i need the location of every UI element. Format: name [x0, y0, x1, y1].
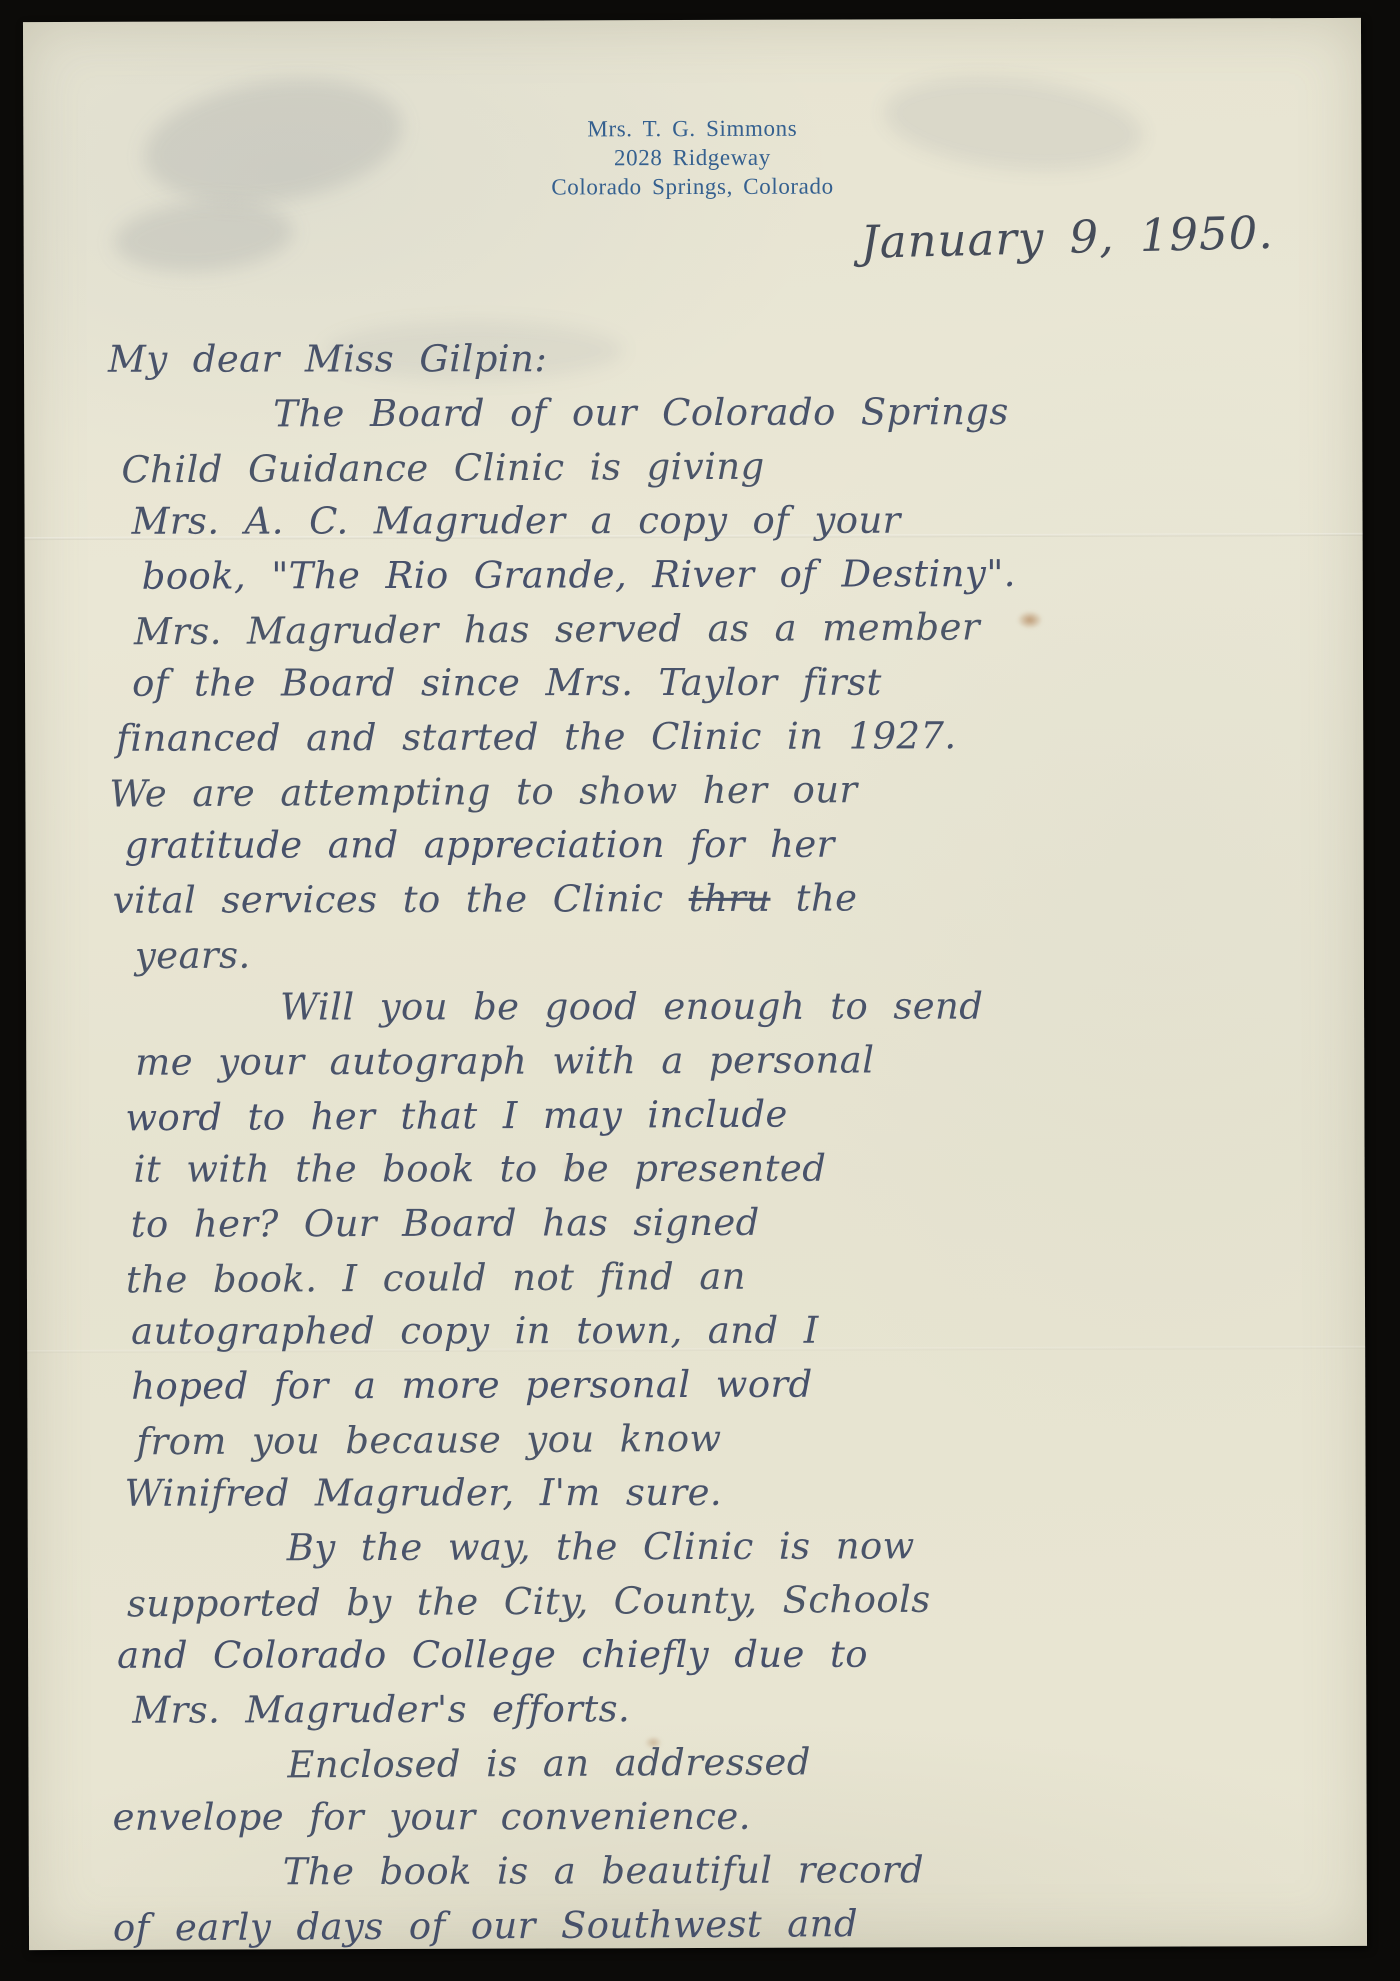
letter-line: gratitude and appreciation for her — [110, 817, 1334, 873]
letter-line: autographed copy in town, and I — [111, 1303, 1335, 1359]
bleed-through-ghost — [111, 195, 296, 278]
letterhead-city: Colorado Springs, Colorado — [23, 170, 1361, 203]
letter-line: of the Board since Mrs. Taylor first — [109, 655, 1333, 711]
letter-line: vital services to the Clinic thru the — [110, 870, 1334, 928]
letter-line: from you because you know — [111, 1408, 1335, 1469]
letterhead: Mrs. T. G. Simmons 2028 Ridgeway Colorad… — [23, 112, 1361, 203]
letter-line: The book is a beautiful record — [113, 1842, 1337, 1900]
scanned-letter-background: Mrs. T. G. Simmons 2028 Ridgeway Colorad… — [0, 0, 1400, 1981]
letter-line: Child Guidance Clinic is giving — [108, 436, 1332, 497]
letter-paper: Mrs. T. G. Simmons 2028 Ridgeway Colorad… — [23, 18, 1367, 1950]
letter-line: Mrs. Magruder's efforts. — [112, 1680, 1336, 1738]
letter-line: Enclosed is an addressed — [112, 1732, 1336, 1793]
letter-line: hoped for a more personal word — [111, 1356, 1335, 1414]
date-line: January 9, 1950. — [860, 206, 1274, 269]
struck-word: thru — [689, 877, 771, 920]
letter-line: Mrs. A. C. Magruder a copy of your — [109, 493, 1333, 549]
letter-line: and Colorado College chiefly due to — [112, 1627, 1336, 1683]
letter-line: to her? Our Board has signed — [111, 1194, 1335, 1252]
letter-line: word to her that I may include — [110, 1084, 1334, 1145]
letter-line: My dear Miss Gilpin: — [108, 331, 1332, 387]
letter-line: Mrs. Magruder has served as a member — [109, 598, 1333, 659]
letter-line: me your autograph with a personal — [110, 1032, 1334, 1090]
letter-line: We are attempting to show her our — [109, 760, 1333, 821]
letter-line: book, "The Rio Grande, River of Destiny"… — [109, 546, 1333, 604]
letter-line: it with the book to be presented — [111, 1141, 1335, 1197]
letter-line: By the way, the Clinic is now — [112, 1518, 1336, 1576]
letterhead-address: 2028 Ridgeway — [23, 141, 1361, 174]
letter-line: envelope for your convenience. — [113, 1789, 1337, 1845]
line-text: the — [770, 876, 857, 919]
letterhead-name: Mrs. T. G. Simmons — [23, 112, 1361, 145]
letter-line: the book. I could not find an — [111, 1246, 1335, 1307]
letter-line: years. — [110, 922, 1334, 983]
line-text: vital services to the Clinic — [113, 877, 689, 922]
letter-line: Winifred Magruder, I'm sure. — [112, 1465, 1336, 1521]
letter-body: My dear Miss Gilpin:The Board of our Col… — [108, 330, 1337, 1954]
letter-line: Will you be good enough to send — [110, 979, 1334, 1035]
letter-line: financed and started the Clinic in 1927. — [109, 708, 1333, 766]
letter-line: supported by the City, County, Schools — [112, 1570, 1336, 1631]
letter-line: of early days of our Southwest and — [113, 1894, 1337, 1955]
letter-line: The Board of our Colorado Springs — [108, 384, 1332, 442]
